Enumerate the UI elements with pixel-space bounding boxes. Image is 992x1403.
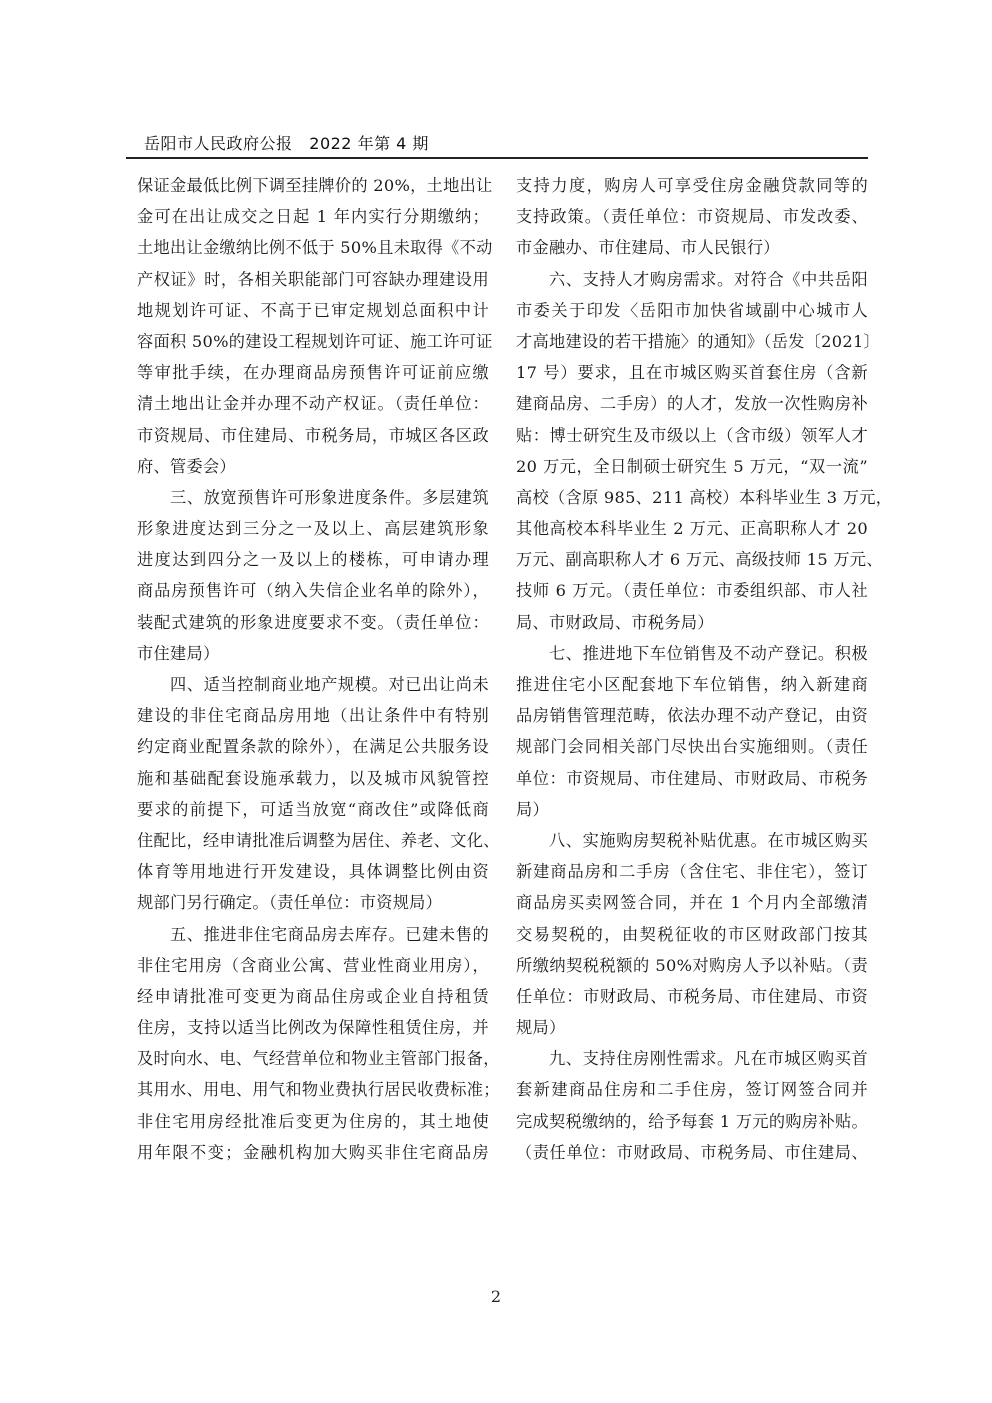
text-line: 体育等用地进行开发建设，具体调整比例由资	[137, 856, 489, 887]
text-line: 规部门会同相关部门尽快出台实施细则。（责任	[516, 731, 868, 762]
text-line: 进度达到四分之一及以上的楼栋，可申请办理	[137, 544, 489, 575]
text-line: 形象进度达到三分之一及以上、高层建筑形象	[137, 513, 489, 544]
text-line: 局）	[516, 794, 868, 825]
text-line: 交易契税的，由契税征收的市区财政部门按其	[516, 919, 868, 950]
text-line: 非住宅用房（含商业公寓、营业性商业用房），	[137, 950, 489, 981]
text-line: 保证金最低比例下调至挂牌价的 20%，土地出让	[137, 170, 489, 201]
text-line: 产权证》时，各相关职能部门可容缺办理建设用	[137, 264, 489, 295]
text-line: 品房销售管理范畴，依法办理不动产登记，由资	[516, 700, 868, 731]
text-line: 市委关于印发〈岳阳市加快省域副中心城市人	[516, 295, 868, 326]
paragraph-start-line: 五、推进非住宅商品房去库存。已建未售的	[137, 919, 489, 950]
text-line: 贴：博士研究生及市级以上（含市级）领军人才	[516, 420, 868, 451]
text-line: 施和基础配套设施承载力，以及城市风貌管控	[137, 763, 489, 794]
text-line: 建设的非住宅商品房用地（出让条件中有特别	[137, 700, 489, 731]
paragraph-start-line: 四、适当控制商业地产规模。对已出让尚未	[137, 669, 489, 700]
text-line: 单位：市资规局、市住建局、市财政局、市税务	[516, 763, 868, 794]
text-line: 装配式建筑的形象进度要求不变。（责任单位：	[137, 607, 489, 638]
text-line: 府、管委会）	[137, 451, 489, 482]
text-line: 建商品房、二手房）的人才，发放一次性购房补	[516, 388, 868, 419]
text-line: 高校（含原 985、211 高校）本科毕业生 3 万元，	[516, 482, 868, 513]
text-line: 完成契税缴纳的，给予每套 1 万元的购房补贴。	[516, 1106, 868, 1137]
text-line: 市金融办、市住建局、市人民银行）	[516, 232, 868, 263]
text-line: 17 号）要求，且在市城区购买首套住房（含新	[516, 357, 868, 388]
text-line: 容面积 50%的建设工程规划许可证、施工许可证	[137, 326, 489, 357]
text-line: 支持政策。（责任单位：市资规局、市发改委、	[516, 201, 868, 232]
text-line: 其他高校本科毕业生 2 万元、正高职称人才 20	[516, 513, 868, 544]
text-line: 套新建商品住房和二手住房，签订网签合同并	[516, 1074, 868, 1105]
text-line: 商品房买卖网签合同，并在 1 个月内全部缴清	[516, 887, 868, 918]
page-header: 岳阳市人民政府公报 2022 年第 4 期	[126, 129, 868, 159]
left-column: 保证金最低比例下调至挂牌价的 20%，土地出让金可在出让成交之日起 1 年内实行…	[137, 170, 489, 1168]
text-line: 市资规局、市住建局、市税务局，市城区各区政	[137, 420, 489, 451]
text-line: 非住宅用房经批准后变更为住房的，其土地使	[137, 1106, 489, 1137]
paragraph-start-line: 六、支持人才购房需求。对符合《中共岳阳	[516, 264, 868, 295]
text-line: （责任单位：市财政局、市税务局、市住建局、	[516, 1137, 868, 1168]
text-line: 推进住宅小区配套地下车位销售，纳入新建商	[516, 669, 868, 700]
text-line: 规部门另行确定。（责任单位：市资规局）	[137, 887, 489, 918]
text-line: 住配比，经申请批准后调整为居住、养老、文化、	[137, 825, 489, 856]
bulletin-title: 岳阳市人民政府公报 2022 年第 4 期	[144, 131, 429, 154]
text-line: 技师 6 万元。（责任单位：市委组织部、市人社	[516, 575, 868, 606]
text-line: 及时向水、电、气经营单位和物业主管部门报备，	[137, 1043, 489, 1074]
text-line: 新建商品房和二手房（含住宅、非住宅），签订	[516, 856, 868, 887]
text-line: 商品房预售许可（纳入失信企业名单的除外），	[137, 575, 489, 606]
text-line: 金可在出让成交之日起 1 年内实行分期缴纳；	[137, 201, 489, 232]
text-line: 所缴纳契税税额的 50%对购房人予以补贴。（责	[516, 950, 868, 981]
text-line: 住房，支持以适当比例改为保障性租赁住房，并	[137, 1012, 489, 1043]
text-line: 局、市财政局、市税务局）	[516, 607, 868, 638]
text-line: 等审批手续，在办理商品房预售许可证前应缴	[137, 357, 489, 388]
text-line: 规局）	[516, 1012, 868, 1043]
paragraph-start-line: 八、实施购房契税补贴优惠。在市城区购买	[516, 825, 868, 856]
text-line: 万元、副高职称人才 6 万元、高级技师 15 万元、	[516, 544, 868, 575]
text-line: 支持力度，购房人可享受住房金融贷款同等的	[516, 170, 868, 201]
text-line: 经申请批准可变更为商品住房或企业自持租赁	[137, 981, 489, 1012]
text-line: 用年限不变；金融机构加大购买非住宅商品房	[137, 1137, 489, 1168]
page-number: 2	[0, 1287, 992, 1306]
text-line: 才高地建设的若干措施〉的通知》（岳发〔2021〕	[516, 326, 868, 357]
text-line: 任单位：市财政局、市税务局、市住建局、市资	[516, 981, 868, 1012]
text-line: 土地出让金缴纳比例不低于 50%且未取得《不动	[137, 232, 489, 263]
text-line: 清土地出让金并办理不动产权证。（责任单位：	[137, 388, 489, 419]
text-line: 其用水、用电、用气和物业费执行居民收费标准；	[137, 1074, 489, 1105]
text-line: 20 万元，全日制硕士研究生 5 万元，“双一流”	[516, 451, 868, 482]
paragraph-start-line: 七、推进地下车位销售及不动产登记。积极	[516, 638, 868, 669]
paragraph-start-line: 三、放宽预售许可形象进度条件。多层建筑	[137, 482, 489, 513]
text-line: 市住建局）	[137, 638, 489, 669]
text-line: 约定商业配置条款的除外），在满足公共服务设	[137, 731, 489, 762]
paragraph-start-line: 九、支持住房刚性需求。凡在市城区购买首	[516, 1043, 868, 1074]
text-line: 地规划许可证、不高于已审定规划总面积中计	[137, 295, 489, 326]
text-line: 要求的前提下，可适当放宽“商改住”或降低商	[137, 794, 489, 825]
right-column: 支持力度，购房人可享受住房金融贷款同等的支持政策。（责任单位：市资规局、市发改委…	[516, 170, 868, 1168]
